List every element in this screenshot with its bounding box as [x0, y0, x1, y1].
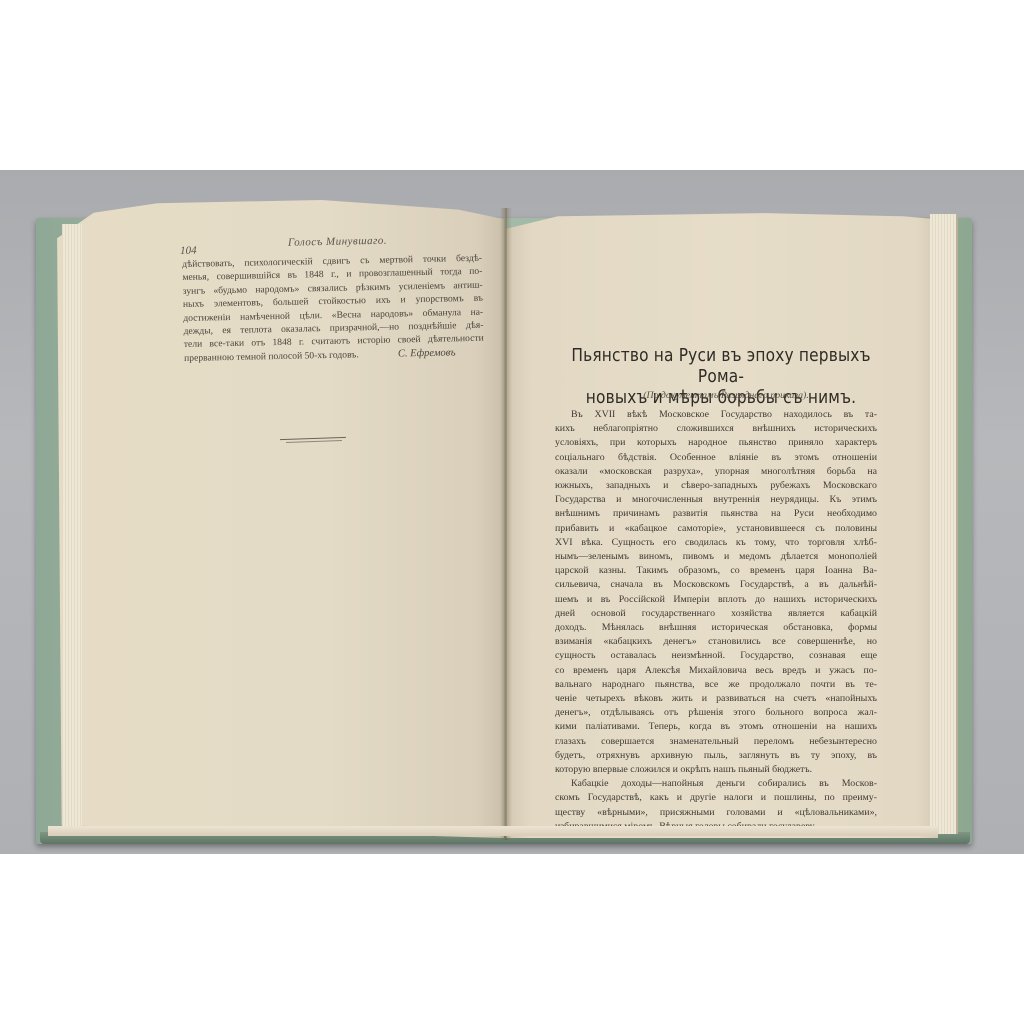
text-line: взиманія «кабацкихъ денегъ» становились …: [555, 635, 877, 649]
text-line: прибавить и «кабацкое самоторіе», устано…: [555, 522, 877, 536]
page-bottom-edge: [48, 826, 938, 836]
text-line: Государства и многочисленныя внутреннія …: [555, 493, 877, 507]
article-title-line-1: Пьянство на Руси въ эпоху первыхъ Рома-: [569, 346, 873, 388]
text-line: кихъ неблагопріятно сложившихся внѣшнихъ…: [555, 422, 877, 436]
article-subtitle: (По документамъ Разряднаго приказа).: [548, 390, 904, 401]
text-line: вальнаго народнаго пьянства, все же прод…: [555, 678, 877, 692]
text-line: глазахъ совершается знаменательный перел…: [555, 735, 877, 749]
text-line: условіяхъ, при которыхъ народное пьянств…: [555, 436, 877, 450]
text-line: южныхъ, западныхъ и сѣверо-западныхъ руб…: [555, 479, 877, 493]
right-page-text: Въ XVII вѣкѣ Московское Государство нахо…: [555, 408, 877, 834]
text-line: денегъ», отдѣлываясь отъ рѣшенія этого б…: [555, 706, 877, 720]
text-line: будетъ, отряхнувъ архивную пыль, загляну…: [555, 749, 877, 763]
running-head-title: Голосъ Минувшаго.: [288, 235, 387, 249]
text-line: оказали «московская разруха», упорная мн…: [555, 465, 877, 479]
text-line: сильевича, сначала въ Московскомъ Госуда…: [555, 578, 877, 592]
text-line: сущность оставалась неизмѣнной. Государс…: [555, 649, 877, 663]
text-line: XVI вѣка. Сущность его сводилась къ тому…: [555, 536, 877, 550]
text-line: дней основой государственнаго хозяйства …: [555, 607, 877, 621]
text-line: царской казны. Такимъ образомъ, со време…: [555, 564, 877, 578]
page-number: 104: [180, 245, 197, 257]
book-gutter: [500, 208, 512, 840]
text-line: доходъ. Мѣнялась внѣшняя историческая об…: [555, 621, 877, 635]
author-signature: С. Ефремовъ: [398, 347, 456, 359]
right-page-stack: [930, 214, 958, 834]
text-line: соціальнаго бѣдствія. Особенное вліяніе …: [555, 451, 877, 465]
left-page-stack: [62, 224, 82, 830]
text-line: нымъ—зеленымъ виномъ, пивомъ и медомъ дѣ…: [555, 550, 877, 564]
text-line: которую впервые сложился и окрѣпъ нашъ п…: [555, 763, 877, 777]
text-line: скомъ Государствѣ, какъ и другіе налоги …: [555, 791, 877, 805]
text-line: ченіе четырехъ вѣковъ жить и развиваться…: [555, 692, 877, 706]
text-line: внѣшнимъ причинамъ развитія пьянства на …: [555, 507, 877, 521]
text-line: Въ XVII вѣкѣ Московское Государство нахо…: [555, 408, 877, 422]
text-line: ществу «вѣрными», присяжными головами и …: [555, 806, 877, 820]
text-line: со временъ царя Алексѣя Михайловича весь…: [555, 664, 877, 678]
text-line: кими паліативами. Теперь, когда въ этомъ…: [555, 720, 877, 734]
text-line: шемъ и въ Россійской Имперіи вплоть до н…: [555, 593, 877, 607]
text-line: Кабацкіе доходы—напойныя деньги собирали…: [555, 777, 877, 791]
